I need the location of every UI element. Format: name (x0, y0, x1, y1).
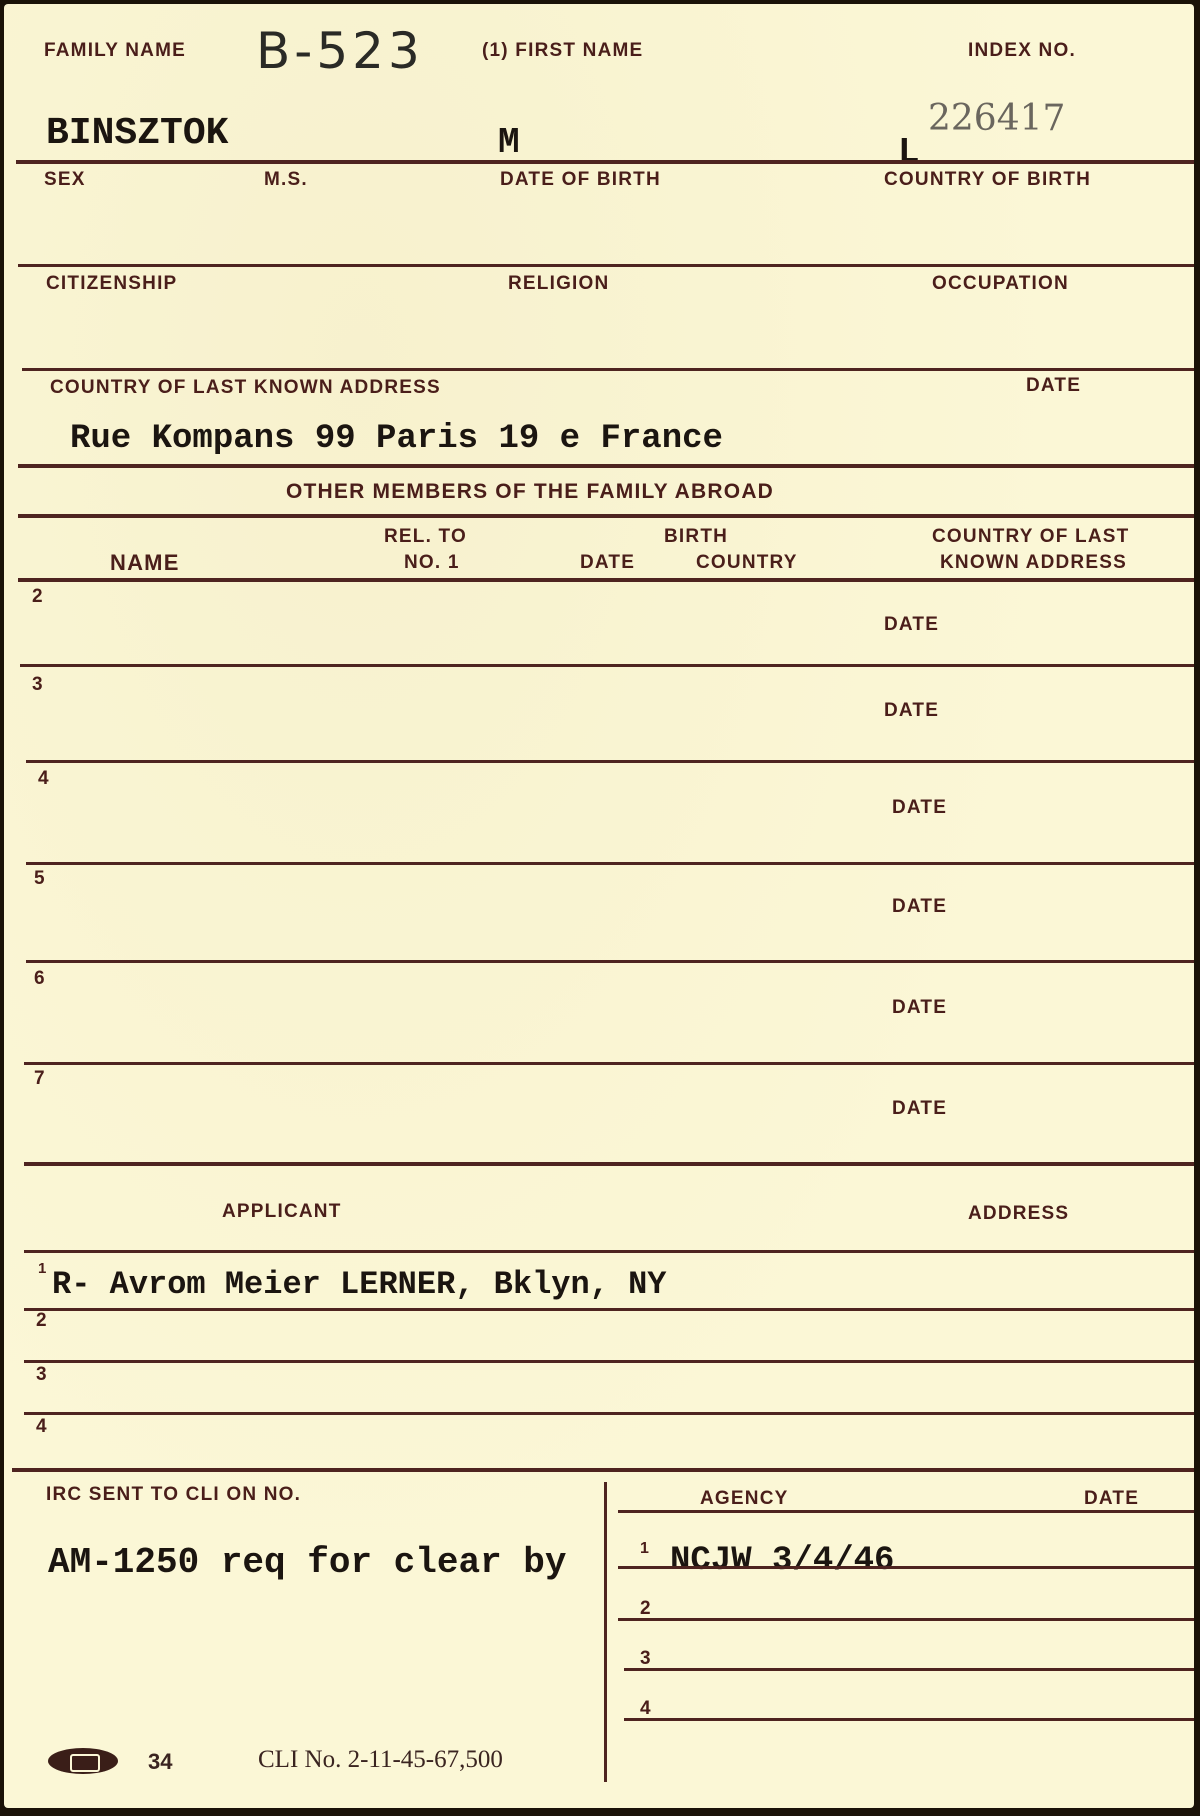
member-date-label: DATE (892, 997, 947, 1019)
last-known-address-date-label: DATE (1026, 375, 1081, 397)
family-name-label: FAMILY NAME (44, 40, 186, 62)
first-name-label: (1) FIRST NAME (482, 40, 643, 62)
divider (16, 160, 1194, 164)
member-date-label: DATE (892, 797, 947, 819)
agency-row-number: 2 (640, 1598, 651, 1620)
divider (24, 1360, 1194, 1363)
divider (18, 578, 1194, 582)
agency-row-number: 3 (640, 1648, 651, 1670)
divider (24, 1412, 1194, 1415)
divider (624, 1668, 1194, 1671)
col-no1-label: NO. 1 (404, 552, 460, 574)
index-no-label: INDEX NO. (968, 40, 1076, 62)
col-birth-country-label: COUNTRY (696, 552, 798, 574)
divider (26, 960, 1194, 963)
divider (26, 862, 1194, 865)
agency-label: AGENCY (700, 1488, 789, 1510)
sex-label: SEX (44, 169, 86, 191)
irc-sent-value: AM-1250 req for clear by (48, 1542, 566, 1583)
col-country-last-label: COUNTRY OF LAST (932, 526, 1129, 548)
member-date-label: DATE (884, 700, 939, 722)
family-abroad-title: OTHER MEMBERS OF THE FAMILY ABROAD (286, 480, 774, 504)
applicant-row-number: 1 (38, 1260, 46, 1277)
family-name-value: BINSZTOK (46, 112, 228, 155)
divider (18, 464, 1194, 468)
member-row-number: 5 (34, 868, 45, 890)
country-of-birth-label: COUNTRY OF BIRTH (884, 169, 1091, 191)
religion-label: RELIGION (508, 273, 609, 295)
extra-initial-value: L (898, 132, 920, 173)
applicant-value: R- Avrom Meier LERNER, Bklyn, NY (52, 1266, 667, 1303)
divider (12, 1468, 1194, 1472)
divider (624, 1718, 1194, 1721)
divider (24, 1250, 1194, 1253)
applicant-row-number: 4 (36, 1416, 47, 1438)
col-name-label: NAME (110, 550, 180, 576)
divider (24, 1162, 1194, 1166)
agency-row-number: 1 (640, 1540, 649, 1558)
member-row-number: 4 (38, 768, 49, 790)
index-card: FAMILY NAME B-523 (1) FIRST NAME INDEX N… (4, 4, 1194, 1808)
address-label: ADDRESS (968, 1203, 1069, 1225)
col-known-address-label: KNOWN ADDRESS (940, 552, 1127, 574)
first-name-value: M (498, 122, 520, 163)
applicant-label: APPLICANT (222, 1201, 342, 1223)
divider (22, 368, 1194, 371)
col-birth-date-label: DATE (580, 552, 635, 574)
divider (24, 1062, 1194, 1065)
col-rel-to-label: REL. TO (384, 526, 467, 548)
member-row-number: 2 (32, 586, 43, 608)
member-date-label: DATE (884, 614, 939, 636)
union-number: 34 (148, 1749, 172, 1775)
applicant-row-number: 3 (36, 1364, 47, 1386)
member-row-number: 3 (32, 674, 43, 696)
agency-date-label: DATE (1084, 1488, 1139, 1510)
last-known-address-label: COUNTRY OF LAST KNOWN ADDRESS (50, 377, 441, 399)
index-no-value: 226417 (928, 98, 1065, 139)
member-row-number: 7 (34, 1068, 45, 1090)
col-birth-label: BIRTH (664, 526, 728, 548)
agency-row-number: 4 (640, 1698, 651, 1720)
divider (618, 1566, 1194, 1569)
divider (18, 264, 1194, 267)
divider (20, 664, 1194, 667)
irc-sent-label: IRC SENT TO CLI ON NO. (46, 1484, 301, 1506)
divider (618, 1618, 1194, 1621)
marital-status-label: M.S. (264, 169, 308, 191)
divider (26, 760, 1194, 763)
date-of-birth-label: DATE OF BIRTH (500, 169, 661, 191)
divider (18, 514, 1194, 518)
agency-value: NCJW 3/4/46 (670, 1542, 894, 1580)
handwritten-code: B-523 (256, 22, 424, 80)
occupation-label: OCCUPATION (932, 273, 1069, 295)
divider (24, 1308, 1194, 1311)
last-known-address-value: Rue Kompans 99 Paris 19 e France (70, 420, 723, 458)
member-date-label: DATE (892, 1098, 947, 1120)
citizenship-label: CITIZENSHIP (46, 273, 177, 295)
union-label-icon (48, 1748, 118, 1774)
section-divider (604, 1482, 607, 1782)
divider (618, 1510, 1194, 1513)
member-row-number: 6 (34, 968, 45, 990)
form-number: CLI No. 2-11-45-67,500 (258, 1746, 503, 1774)
member-date-label: DATE (892, 896, 947, 918)
applicant-row-number: 2 (36, 1310, 47, 1332)
